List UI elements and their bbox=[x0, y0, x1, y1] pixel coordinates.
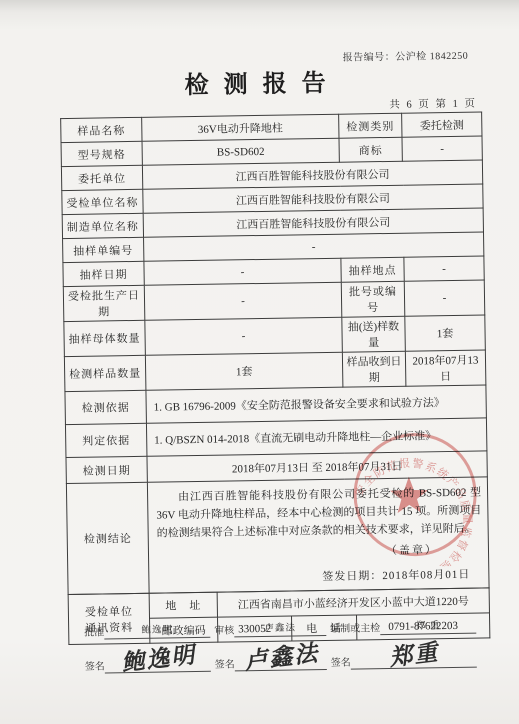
contact-label-line1: 受检单位 bbox=[72, 602, 146, 619]
approve-signature: 鲍逸明 bbox=[104, 636, 211, 674]
prepare-column: 编制或主检 郑 重 签名 郑重 bbox=[330, 617, 477, 670]
review-sign-row: 签名 卢鑫法 bbox=[214, 638, 326, 672]
report-sheet: 报告编号：公沪检 1842250 检测报告 共 6 页 第 1 页 样品名称 3… bbox=[0, 0, 519, 724]
sample-qty-label: 抽(送)样数量 bbox=[342, 316, 406, 352]
conclusion-label: 检测结论 bbox=[66, 482, 149, 594]
population-qty-label: 抽样母体数量 bbox=[64, 320, 146, 356]
report-table: 样品名称 36V电动升降地柱 检测类别 委托检测 型号规格 BS-SD602 商… bbox=[60, 111, 489, 645]
review-signature: 卢鑫法 bbox=[234, 634, 327, 671]
inspected-unit-label: 受检单位名称 bbox=[62, 189, 143, 214]
page-count: 共 6 页 第 1 页 bbox=[389, 96, 477, 112]
test-type-value: 委托检测 bbox=[402, 112, 482, 137]
batch-no-value: - bbox=[404, 280, 485, 316]
review-label: 审核 bbox=[214, 621, 234, 637]
model-label: 型号规格 bbox=[61, 141, 142, 166]
sampling-place-value: - bbox=[404, 256, 484, 281]
trademark-value: - bbox=[402, 136, 482, 161]
received-date-value: 2018年07月13日 bbox=[405, 350, 486, 386]
approve-label: 批准 bbox=[84, 623, 104, 639]
test-basis-label: 检测依据 bbox=[65, 390, 147, 424]
judge-basis-label: 判定依据 bbox=[65, 423, 147, 457]
sign-label: 签名 bbox=[331, 654, 351, 670]
conclusion-text: 由江西百胜智能科技股份有限公司委托受检的 BS-SD602 型 36V 电动升降… bbox=[156, 484, 482, 543]
judge-basis-value: 1. Q/BSZN 014-2018《直流无刷电动升降地柱—企业标准》 bbox=[146, 418, 486, 456]
sign-label: 签名 bbox=[215, 655, 235, 671]
population-qty-value: - bbox=[145, 317, 343, 355]
signature-block: 批准 鲍逸明 签名 鲍逸明 审核 卢鑫法 签名 卢鑫法 编制或主检 郑 重 bbox=[84, 617, 477, 674]
client-label: 委托单位 bbox=[61, 165, 142, 190]
approve-column: 批准 鲍逸明 签名 鲍逸明 bbox=[84, 621, 211, 674]
sample-qty-value: 1套 bbox=[405, 315, 486, 351]
test-type-label: 检测类别 bbox=[339, 113, 402, 138]
conclusion-cell: 由江西百胜智能科技股份有限公司委托受检的 BS-SD602 型 36V 电动升降… bbox=[147, 477, 489, 593]
seal-hint: （盖章） bbox=[157, 541, 482, 562]
approve-handwriting: 鲍逸明 bbox=[119, 636, 197, 678]
sampling-date-label: 抽样日期 bbox=[63, 261, 144, 286]
main-info-table: 样品名称 36V电动升降地柱 检测类别 委托检测 型号规格 BS-SD602 商… bbox=[60, 111, 489, 595]
received-date-label: 样品收到日期 bbox=[342, 351, 406, 387]
sampling-sheet-no-label: 抽样单编号 bbox=[63, 237, 144, 262]
review-handwriting: 卢鑫法 bbox=[242, 634, 320, 676]
model-value: BS-SD602 bbox=[142, 138, 339, 165]
test-date-label: 检测日期 bbox=[66, 456, 147, 483]
approve-sign-row: 签名 鲍逸明 bbox=[84, 640, 210, 674]
prepare-signature: 郑重 bbox=[350, 632, 477, 670]
test-sample-qty-label: 检测样品数量 bbox=[64, 355, 146, 391]
prepare-handwriting: 郑重 bbox=[387, 634, 441, 673]
address-label: 地 址 bbox=[149, 592, 217, 618]
issue-date: 签发日期：2018年08月01日 bbox=[157, 566, 482, 587]
sampling-place-label: 抽样地点 bbox=[341, 257, 404, 282]
sample-name-value: 36V电动升降地柱 bbox=[142, 114, 339, 141]
review-column: 审核 卢鑫法 签名 卢鑫法 bbox=[214, 619, 327, 672]
batch-prod-date-label: 受检批生产日期 bbox=[63, 285, 145, 321]
test-basis-value: 1. GB 16796-2009《安全防范报警设备安全要求和试验方法》 bbox=[146, 385, 486, 423]
sampling-date-value: - bbox=[144, 258, 341, 285]
sign-label: 签名 bbox=[85, 657, 105, 673]
sample-name-label: 样品名称 bbox=[61, 117, 142, 142]
batch-prod-date-value: - bbox=[144, 282, 342, 320]
trademark-label: 商标 bbox=[339, 137, 402, 162]
prepare-sign-row: 签名 郑重 bbox=[330, 636, 476, 670]
conclusion-row: 检测结论 由江西百胜智能科技股份有限公司委托受检的 BS-SD602 型 36V… bbox=[66, 477, 489, 595]
test-sample-qty-value: 1套 bbox=[145, 352, 343, 390]
batch-no-label: 批号或编号 bbox=[341, 281, 405, 317]
manufacturer-label: 制造单位名称 bbox=[62, 213, 143, 238]
